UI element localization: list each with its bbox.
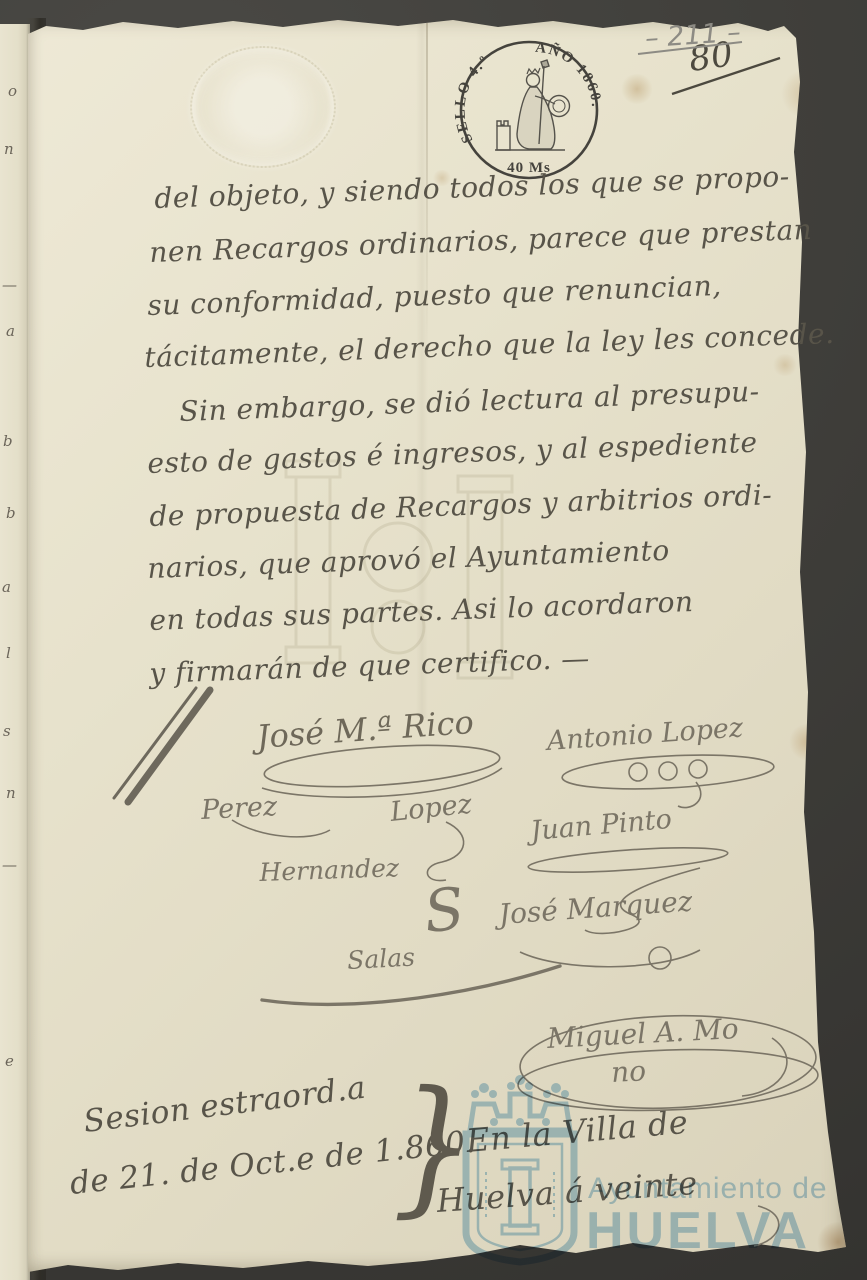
- stamp-left-text: SELLO 4.º: [452, 52, 492, 145]
- mural-crown-icon: [470, 1075, 570, 1130]
- text-fragment: b: [3, 432, 13, 450]
- watermark-text-line1: Ayuntamiento de: [588, 1172, 828, 1205]
- text-fragment: a: [2, 578, 11, 596]
- signature-flourish-initial: S: [421, 874, 468, 946]
- allegorical-figure: [495, 60, 570, 150]
- watermark-text-line2: HUELVA: [586, 1202, 810, 1260]
- folio-number-ink: 80: [686, 34, 735, 80]
- text-fragment: b: [6, 504, 16, 522]
- text-fragment: a: [6, 322, 15, 340]
- text-fragment: s: [3, 722, 11, 740]
- shield-icon: [466, 1134, 574, 1262]
- foxing-stain: [772, 354, 798, 376]
- text-fragment: —: [2, 856, 17, 874]
- text-fragment: —: [2, 276, 17, 294]
- text-fragment: l: [6, 644, 11, 662]
- text-fragment: n: [6, 784, 16, 802]
- huelva-watermark-logo: Ayuntamiento de HUELVA: [448, 1072, 828, 1280]
- text-fragment: n: [4, 140, 14, 158]
- foxing-stain: [788, 724, 828, 760]
- text-fragment: o: [8, 82, 17, 100]
- signature-salas: Salas: [346, 942, 415, 975]
- text-fragment: e: [5, 1052, 14, 1070]
- signature-perez: Perez: [200, 791, 278, 826]
- embossed-seal: [190, 46, 336, 168]
- foxing-stain: [780, 70, 832, 118]
- svg-text:SELLO 4.º: SELLO 4.º: [452, 52, 492, 145]
- foxing-stain: [620, 74, 654, 104]
- scanned-document: o n — a b b a l s n — e: [0, 0, 867, 1280]
- signature-hernandez: Hernandez: [259, 853, 400, 887]
